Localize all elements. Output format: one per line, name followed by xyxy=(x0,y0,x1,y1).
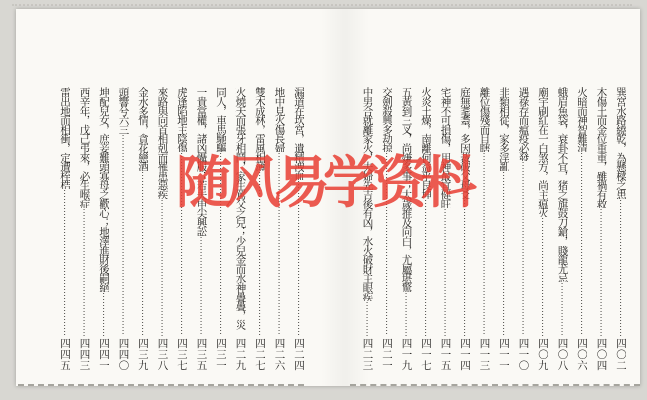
dot-leader xyxy=(615,199,626,336)
entry-page-number: 四三七 xyxy=(176,336,187,371)
entry-title: 虎逢陷地主陰傷 xyxy=(176,87,187,152)
entry-page-number: 四三一 xyxy=(215,336,226,371)
dot-leader xyxy=(440,208,451,336)
toc-spread: 漏道在坎宮，遺精洩血 四二四 地中見火傷長婦 四二六 雙木成林，雷風相薄 四二七… xyxy=(36,87,626,371)
dot-leader xyxy=(557,282,568,336)
dot-leader xyxy=(293,180,304,336)
entry-title: 雙木成林，雷風相薄 xyxy=(254,87,265,171)
entry-page-number: 四三八 xyxy=(157,336,168,371)
entry-page-number: 四二四 xyxy=(293,336,304,371)
toc-entry: 中男合就離家火，夫婦先吉後有凶，水火破財主眼疾 四二三 xyxy=(362,87,373,371)
toc-left-page: 漏道在坎宮，遺精洩血 四二四 地中見火傷長婦 四二六 雙木成林，雷風相薄 四二七… xyxy=(36,87,304,371)
toc-entry: 巽宮水路繞乾，為懸樑之患 四〇二 xyxy=(615,87,626,371)
entry-title: 漏道在坎宮，遺精洩血 xyxy=(293,87,304,180)
dot-leader xyxy=(381,152,392,336)
dot-leader xyxy=(118,134,129,336)
entry-page-number: 四二七 xyxy=(254,336,265,371)
entry-page-number: 四三五 xyxy=(196,336,207,371)
scan-edge-bottom-right xyxy=(350,384,640,386)
entry-title: 來路與向首相剋而罹患惡疾 xyxy=(157,87,168,199)
entry-page-number: 四〇九 xyxy=(537,336,548,371)
entry-title: 坤配兒女，庶妾難頭寡母之歡心；地澤進財後嗣絕 xyxy=(98,87,109,292)
toc-entry: 火炎土燥，南離何益乎艮坤 四一七 xyxy=(420,87,431,371)
entry-title: 頭響兮六三 xyxy=(118,87,129,134)
entry-title: 五黃到三叉，尚嫌多事；太歲推及向白，尤屬堪驚 xyxy=(401,87,412,292)
toc-entry: 交劍殺興多劫掠 四二一 xyxy=(381,87,392,371)
toc-entry: 遇祿存而瘟疫必發 四一〇 xyxy=(518,87,529,371)
entry-page-number: 四〇四 xyxy=(596,336,607,371)
dot-leader xyxy=(59,189,70,336)
entry-page-number: 四〇八 xyxy=(557,336,568,371)
dot-leader xyxy=(518,161,529,336)
entry-title: 火燒天而張牙相鬥，家生罵父之兒；少兒金而水神疊疊，災不能侵 xyxy=(235,87,246,336)
toc-entry: 蛾眉魚袋，衰卦不宜，猪之旗鼓刀鎗，賤龍尤忌 四〇八 xyxy=(557,87,568,371)
entry-title: 木傷土而金位重重，雖禍有救 xyxy=(596,87,607,208)
entry-title: 巽宮水路繞乾，為懸樑之患 xyxy=(615,87,626,199)
toc-entry: 虎逢陷地主陰傷 四三七 xyxy=(176,87,187,371)
scan-edge-top xyxy=(12,4,632,6)
dot-leader xyxy=(137,171,148,336)
dot-leader xyxy=(79,208,90,336)
entry-page-number: 四一七 xyxy=(420,336,431,371)
entry-title: 火暗而神智難清 xyxy=(576,87,587,152)
entry-page-number: 四一〇 xyxy=(518,336,529,371)
entry-page-number: 四四一 xyxy=(98,336,109,371)
entry-title: 蛾眉魚袋，衰卦不宜，猪之旗鼓刀鎗，賤龍尤忌 xyxy=(557,87,568,282)
dot-leader xyxy=(215,152,226,336)
entry-title: 同人，車馬馳驅 xyxy=(215,87,226,152)
toc-entry: 宅神不可損傷，用神最宜健旺 四一五 xyxy=(440,87,451,371)
toc-entry: 廟宇刷紅在一白煞方，尚主瘟火 四〇九 xyxy=(537,87,548,371)
dot-leader xyxy=(274,152,285,336)
dot-leader xyxy=(157,199,168,336)
dot-leader xyxy=(196,236,207,336)
toc-entry: 雙木成林，雷風相薄 四二七 xyxy=(254,87,265,371)
toc-entry: 木傷土而金位重重，雖禍有救 四〇四 xyxy=(596,87,607,371)
entry-page-number: 四二六 xyxy=(274,336,285,371)
dot-leader xyxy=(254,171,265,336)
dot-leader xyxy=(401,292,412,336)
entry-page-number: 四一九 xyxy=(401,336,412,371)
toc-entry: 雷出地而相衝，定遭桎梏 四四五 xyxy=(59,87,70,371)
entry-title: 庭無耄耋，多因裁破父母爻 xyxy=(459,87,470,199)
dot-leader xyxy=(479,152,490,336)
entry-title: 金水多情，貪花戀酒 xyxy=(137,87,148,171)
dot-leader xyxy=(98,292,109,336)
center-gutter xyxy=(304,87,346,371)
dot-leader xyxy=(420,199,431,336)
entry-page-number: 四二三 xyxy=(362,336,373,371)
entry-title: 非類相從，家多淫亂 xyxy=(498,87,509,171)
entry-title: 遇祿存而瘟疫必發 xyxy=(518,87,529,161)
entry-page-number: 四〇六 xyxy=(576,336,587,371)
entry-title: 宅神不可損傷，用神最宜健旺 xyxy=(440,87,451,208)
toc-right-page: 巽宮水路繞乾，為懸樑之患 四〇二 木傷土而金位重重，雖禍有救 四〇四 火暗而神智… xyxy=(346,87,626,371)
entry-title: 一貴當權，諸凶懾服；若夫申尖興訟 xyxy=(196,87,207,236)
dot-leader xyxy=(362,301,373,336)
toc-entry: 金水多情，貪花戀酒 四三九 xyxy=(137,87,148,371)
dot-leader xyxy=(576,152,587,336)
entry-title: 火炎土燥，南離何益乎艮坤 xyxy=(420,87,431,199)
toc-entry: 一貴當權，諸凶懾服；若夫申尖興訟 四三五 xyxy=(196,87,207,371)
toc-entry: 坤配兒女，庶妾難頭寡母之歡心；地澤進財後嗣絕 四四一 xyxy=(98,87,109,371)
dot-leader xyxy=(596,208,607,336)
toc-entry: 非類相從，家多淫亂 四一一 xyxy=(498,87,509,371)
toc-entry: 地中見火傷長婦 四二六 xyxy=(274,87,285,371)
toc-entry: 同人，車馬馳驅 四三一 xyxy=(215,87,226,371)
entry-page-number: 四二一 xyxy=(381,336,392,371)
toc-entry: 來路與向首相剋而罹患惡疾 四三八 xyxy=(157,87,168,371)
entry-title: 離位傷殘而目瞎 xyxy=(479,87,490,152)
toc-entry: 五黃到三叉，尚嫌多事；太歲推及向白，尤屬堪驚 四一九 xyxy=(401,87,412,371)
entry-page-number: 四一五 xyxy=(440,336,451,371)
toc-entry: 頭響兮六三 四四〇 xyxy=(118,87,129,371)
toc-entry: 火燒天而張牙相鬥，家生罵父之兒；少兒金而水神疊疊，災不能侵 四二九 xyxy=(235,87,246,371)
entry-page-number: 四一四 xyxy=(459,336,470,371)
entry-page-number: 四一一 xyxy=(498,336,509,371)
toc-entry: 火暗而神智難清 四〇六 xyxy=(576,87,587,371)
entry-title: 地中見火傷長婦 xyxy=(274,87,285,152)
entry-title: 西辛年，戊己弔來，必生喉症 xyxy=(79,87,90,208)
dot-leader xyxy=(537,217,548,336)
toc-entry: 離位傷殘而目瞎 四一三 xyxy=(479,87,490,371)
entry-page-number: 四四三 xyxy=(79,336,90,371)
dot-leader xyxy=(459,199,470,336)
toc-entry: 漏道在坎宮，遺精洩血 四二四 xyxy=(293,87,304,371)
dot-leader xyxy=(498,171,509,336)
entry-page-number: 四一三 xyxy=(479,336,490,371)
entry-page-number: 四三九 xyxy=(137,336,148,371)
dot-leader xyxy=(176,152,187,336)
entry-title: 廟宇刷紅在一白煞方，尚主瘟火 xyxy=(537,87,548,217)
entry-title: 雷出地而相衝，定遭桎梏 xyxy=(59,87,70,189)
entry-page-number: 四〇二 xyxy=(615,336,626,371)
entry-page-number: 四四五 xyxy=(59,336,70,371)
entry-page-number: 四四〇 xyxy=(118,336,129,371)
entry-page-number: 四二九 xyxy=(235,336,246,371)
scan-edge-bottom-left xyxy=(18,384,304,386)
entry-title: 交劍殺興多劫掠 xyxy=(381,87,392,152)
entry-title: 中男合就離家火，夫婦先吉後有凶，水火破財主眼疾 xyxy=(362,87,373,301)
toc-entry: 庭無耄耋，多因裁破父母爻 四一四 xyxy=(459,87,470,371)
book-page: 漏道在坎宮，遺精洩血 四二四 地中見火傷長婦 四二六 雙木成林，雷風相薄 四二七… xyxy=(16,9,640,386)
toc-entry: 西辛年，戊己弔來，必生喉症 四四三 xyxy=(79,87,90,371)
